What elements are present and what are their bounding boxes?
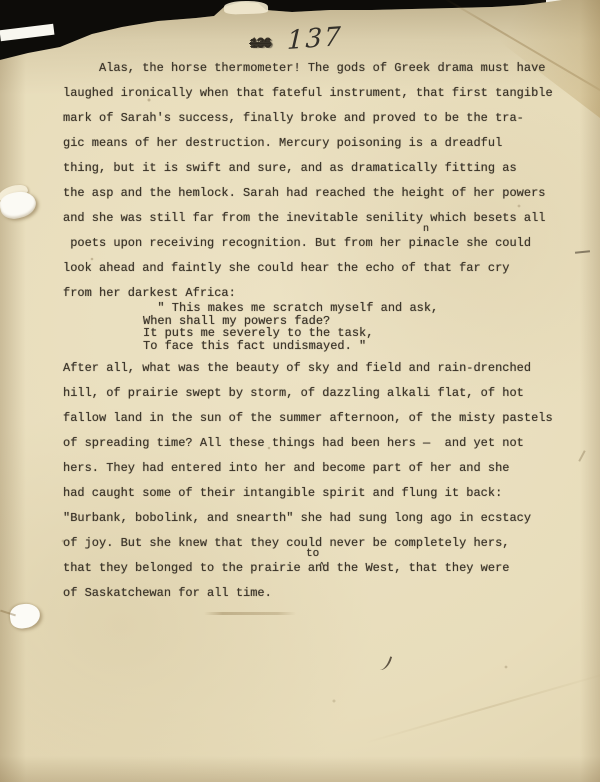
backing-sliver-top-left xyxy=(0,24,54,41)
text-line: look ahead and faintly she could hear th… xyxy=(63,256,553,281)
torn-flap xyxy=(224,0,268,15)
inserted-letter-n: n xyxy=(423,224,429,235)
text-line: hill, of prairie swept by storm, of dazz… xyxy=(63,381,553,406)
poem-block: " This makes me scratch myself and ask,W… xyxy=(143,302,438,352)
inserted-word-to: to xyxy=(306,548,319,560)
paragraph-2: After all, what was the beauty of sky an… xyxy=(63,356,553,606)
text-line: gic means of her destruction. Mercury po… xyxy=(63,131,553,156)
text-line: of Saskatchewan for all time. xyxy=(63,581,553,606)
page-number: 136 137 xyxy=(250,24,342,54)
text-line: Alas, the horse thermometer! The gods of… xyxy=(63,56,553,81)
text-line: hers. They had entered into her and beco… xyxy=(63,456,553,481)
text-line: fallow land in the sun of the summer aft… xyxy=(63,406,553,431)
text-line: and she was still far from the inevitabl… xyxy=(63,206,553,231)
text-line: " This makes me scratch myself and ask, xyxy=(143,302,438,315)
text-line: mark of Sarah's success, finally broke a… xyxy=(63,106,553,131)
paragraph-1: Alas, the horse thermometer! The gods of… xyxy=(63,56,553,306)
text-line: To face this fact undismayed. " xyxy=(143,340,438,353)
insertion-caret-west: ^ xyxy=(319,561,324,571)
text-line: After all, what was the beauty of sky an… xyxy=(63,356,553,381)
text-line: It puts me severely to the task, xyxy=(143,327,438,340)
insertion-caret-pinnacle: ^ xyxy=(425,239,430,248)
smudge-mark xyxy=(204,612,296,615)
text-line: thing, but it is swift and sure, and as … xyxy=(63,156,553,181)
text-line: had caught some of their intangible spir… xyxy=(63,481,553,506)
manuscript-photo: 136 137 Alas, the horse thermometer! The… xyxy=(0,0,600,782)
paper-specks xyxy=(0,0,2,2)
text-line: laughed ironically when that fateful ins… xyxy=(63,81,553,106)
page-number-handwritten: 137 xyxy=(286,22,343,56)
text-line: the asp and the hemlock. Sarah had reach… xyxy=(63,181,553,206)
page-number-struck: 136 xyxy=(250,36,270,51)
text-line: of spreading time? All these things had … xyxy=(63,431,553,456)
text-line: poets upon receiving recognition. But fr… xyxy=(63,231,553,256)
text-line: "Burbank, bobolink, and snearth" she had… xyxy=(63,506,553,531)
